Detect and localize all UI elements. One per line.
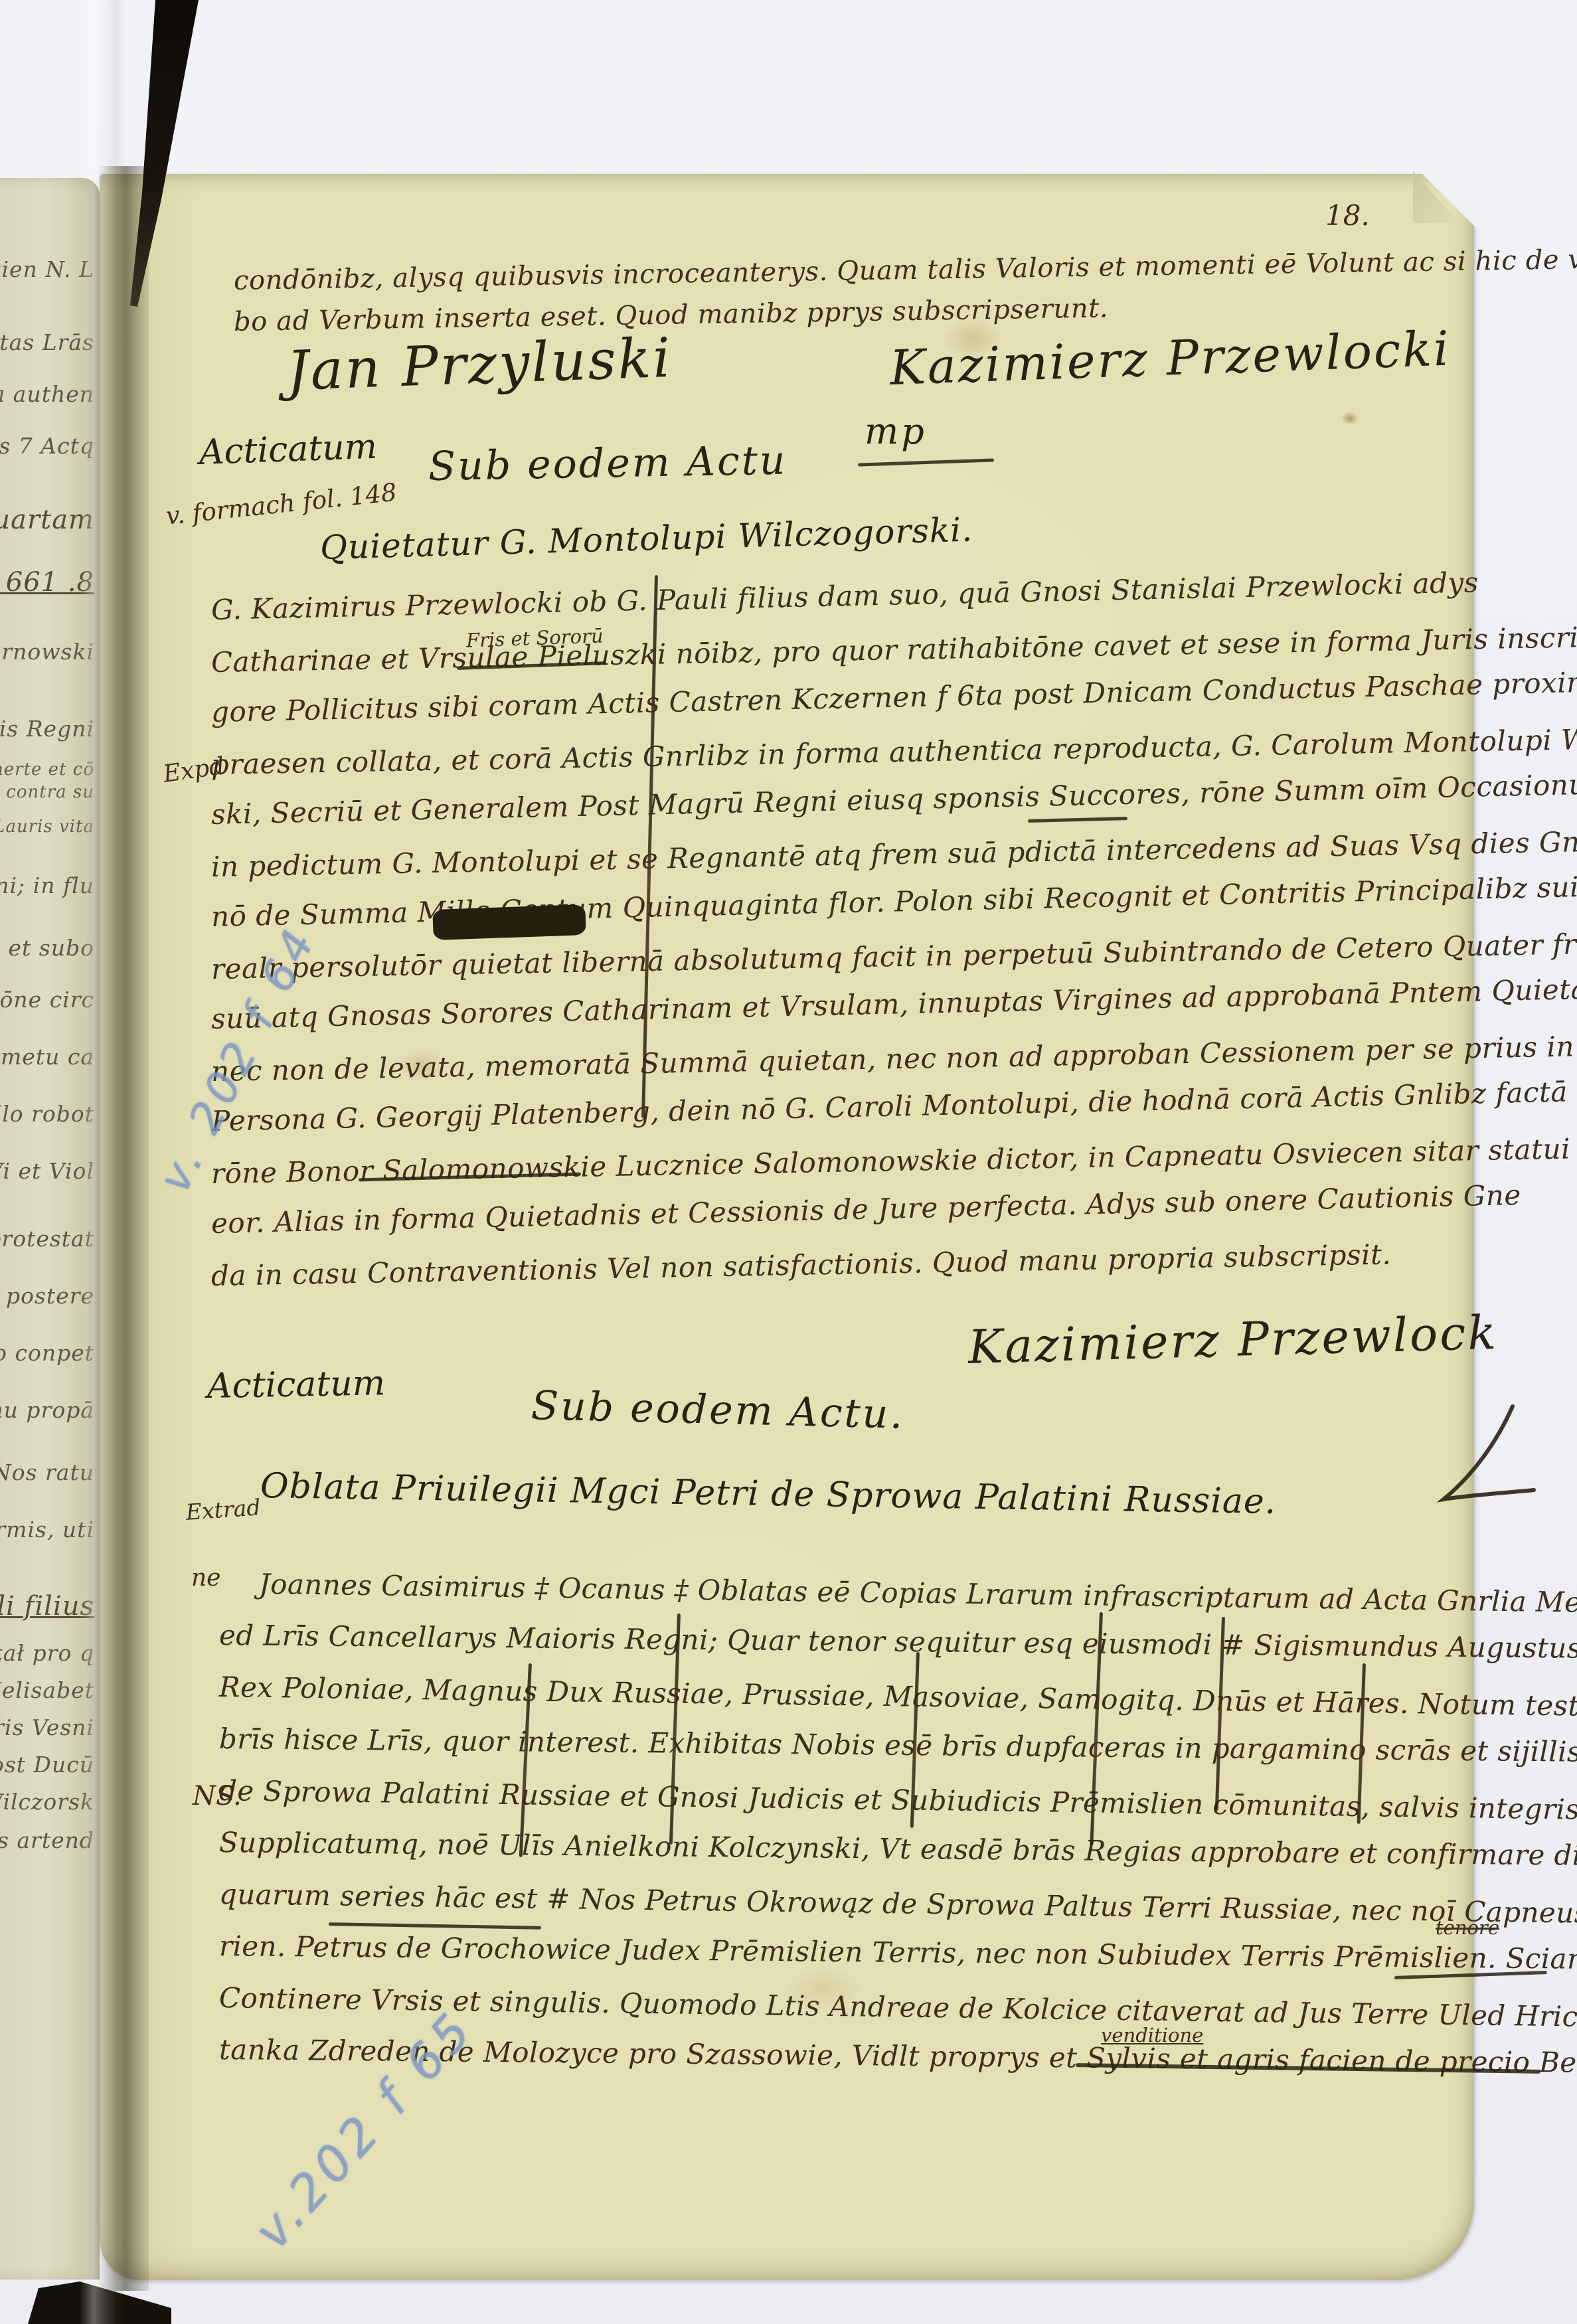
entry2-paragraph: Joannes Casimirus ‡ Ocanus ‡ Oblatas eē … (219, 1558, 1577, 2076)
facing-page-line: suans merte et cō (0, 760, 94, 780)
facing-page-line: Co: Lauris vita (0, 817, 94, 837)
facing-page-line: Quam manu propā (0, 1397, 94, 1423)
entry2-margin-extrad: Extrad (185, 1494, 262, 1525)
interline-insertion-tenore: tenore (1436, 1916, 1499, 1939)
facing-page-line: Actis Quibz protestat: (0, 1226, 94, 1252)
facing-page-line: Protestaned Nos ratu (0, 1459, 94, 1485)
facing-page-line: remur Vi et metu ca (0, 1044, 94, 1070)
facing-page-line: en insertas Lrās (0, 329, 94, 355)
facing-page-line: bz, punctis artend (0, 1827, 94, 1853)
interline-insertion-venditione: venditione (1101, 2024, 1203, 2046)
facing-page-line: osparisii formis, uti (0, 1517, 94, 1542)
facing-page-line: caā et occaōne circ (0, 987, 94, 1013)
facing-page-line: Pauli filius (0, 1591, 94, 1621)
signature-manu-propria: mp (865, 410, 927, 452)
ink-blot (432, 904, 586, 940)
entry2-heading: Sub eodem Actu. (531, 1382, 905, 1438)
facing-page-line: in forma authen (0, 381, 94, 407)
facing-page-line: 8. 1661 (0, 567, 94, 598)
facing-page-line: ultitiq se postere (0, 1283, 94, 1309)
signature-jan-przyluski: Jan Przyluski (286, 327, 673, 403)
facing-page-line: ncells Maioris Regni (0, 716, 94, 742)
facing-page-line: scripti, Vrū, Vi et Viol (0, 1158, 94, 1184)
facing-page-edge: legii Clisien N. L en insertas Lrās in f… (0, 178, 100, 2280)
facing-page-line: rum Tarnowski: (0, 639, 94, 665)
entry2-margin-heading: Acticatum (207, 1363, 385, 1406)
facing-page-line: oli Montolupi Wilczorsk. (0, 1789, 94, 1815)
entry1-heading: Sub eodem Actu (428, 438, 788, 490)
facing-page-line: arij Anno Dni; in flu (0, 872, 94, 898)
entry1-margin-heading: Acticatum (199, 427, 378, 473)
interline-insertion: Fris et Sororū (465, 624, 604, 651)
facing-page-line: filius, in et contra su (0, 782, 94, 802)
entry2-margin-ne: ne (191, 1564, 221, 1592)
facing-page-line: uire in foro conpet (0, 1340, 94, 1366)
entry1-paragraph: G. Kazimirus Przewlocki ob G. Pauli fili… (211, 584, 1577, 1300)
facing-page-line: In cuis 7 Actq. (0, 433, 94, 459)
facing-page-line: to post Ducū (0, 1752, 94, 1778)
gutter-shadow (97, 166, 149, 2291)
manuscript-scan: legii Clisien N. L en insertas Lrās in f… (0, 0, 1577, 2324)
facing-page-line: nōd olim Helisabet (0, 1677, 94, 1703)
facing-page-line: gorzystał pro q (0, 1640, 94, 1666)
facing-page-line: legii Clisien N. L (0, 256, 94, 282)
signature-paraph-flourish (1434, 1401, 1540, 1514)
page-number: 18. (1325, 199, 1370, 232)
facing-page-line: subscrō et sijillo robot (0, 1101, 94, 1127)
facing-page-line: cam Quartam (0, 505, 94, 535)
facing-page-line: Succameraris Vesni (0, 1714, 94, 1740)
facing-page-line: er cum famulis et subo (0, 935, 94, 961)
